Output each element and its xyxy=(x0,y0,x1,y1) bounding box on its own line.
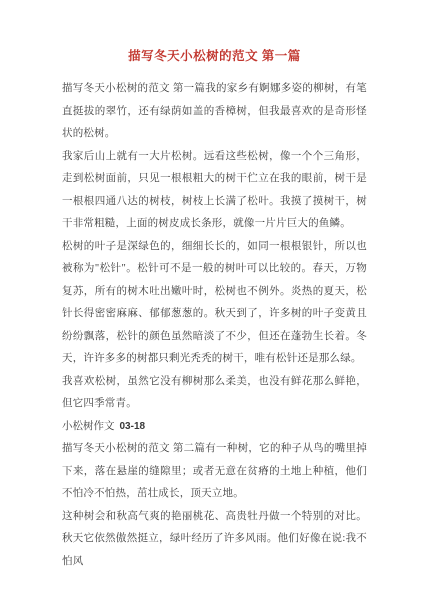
article-byline: 小松树作文03-18 xyxy=(62,416,367,439)
paragraph-1: 描写冬天小松树的范文 第一篇我的家乡有婀娜多姿的柳树，有笔直挺拔的翠竹，还有绿荫… xyxy=(62,78,367,146)
byline-label: 小松树作文 xyxy=(62,421,115,432)
document-page: 描写冬天小松树的范文 第一篇 描写冬天小松树的范文 第一篇我的家乡有婀娜多姿的柳… xyxy=(0,0,424,600)
paragraph-3: 松树的叶子是深绿色的，细细长长的，如同一根根银针，所以也被称为"松针"。松针可不… xyxy=(62,236,367,371)
byline-date: 03-18 xyxy=(120,421,146,432)
paragraph-2: 我家后山上就有一大片松树。远看这些松树，像一个个三角形，走到松树面前，只见一根根… xyxy=(62,146,367,236)
article-title: 描写冬天小松树的范文 第一篇 xyxy=(62,45,367,67)
paragraph-6: 这种树会和秋高气爽的艳丽桃花、高贵牡丹做一个特别的对比。秋天它依然傲然挺立，绿叶… xyxy=(62,506,367,574)
paragraph-5: 描写冬天小松树的范文 第二篇有一种树，它的种子从鸟的嘴里掉下来，落在悬崖的缝隙里… xyxy=(62,438,367,506)
paragraph-4: 我喜欢松树，虽然它没有柳树那么柔美，也没有鲜花那么鲜艳，但它四季常青。 xyxy=(62,371,367,416)
